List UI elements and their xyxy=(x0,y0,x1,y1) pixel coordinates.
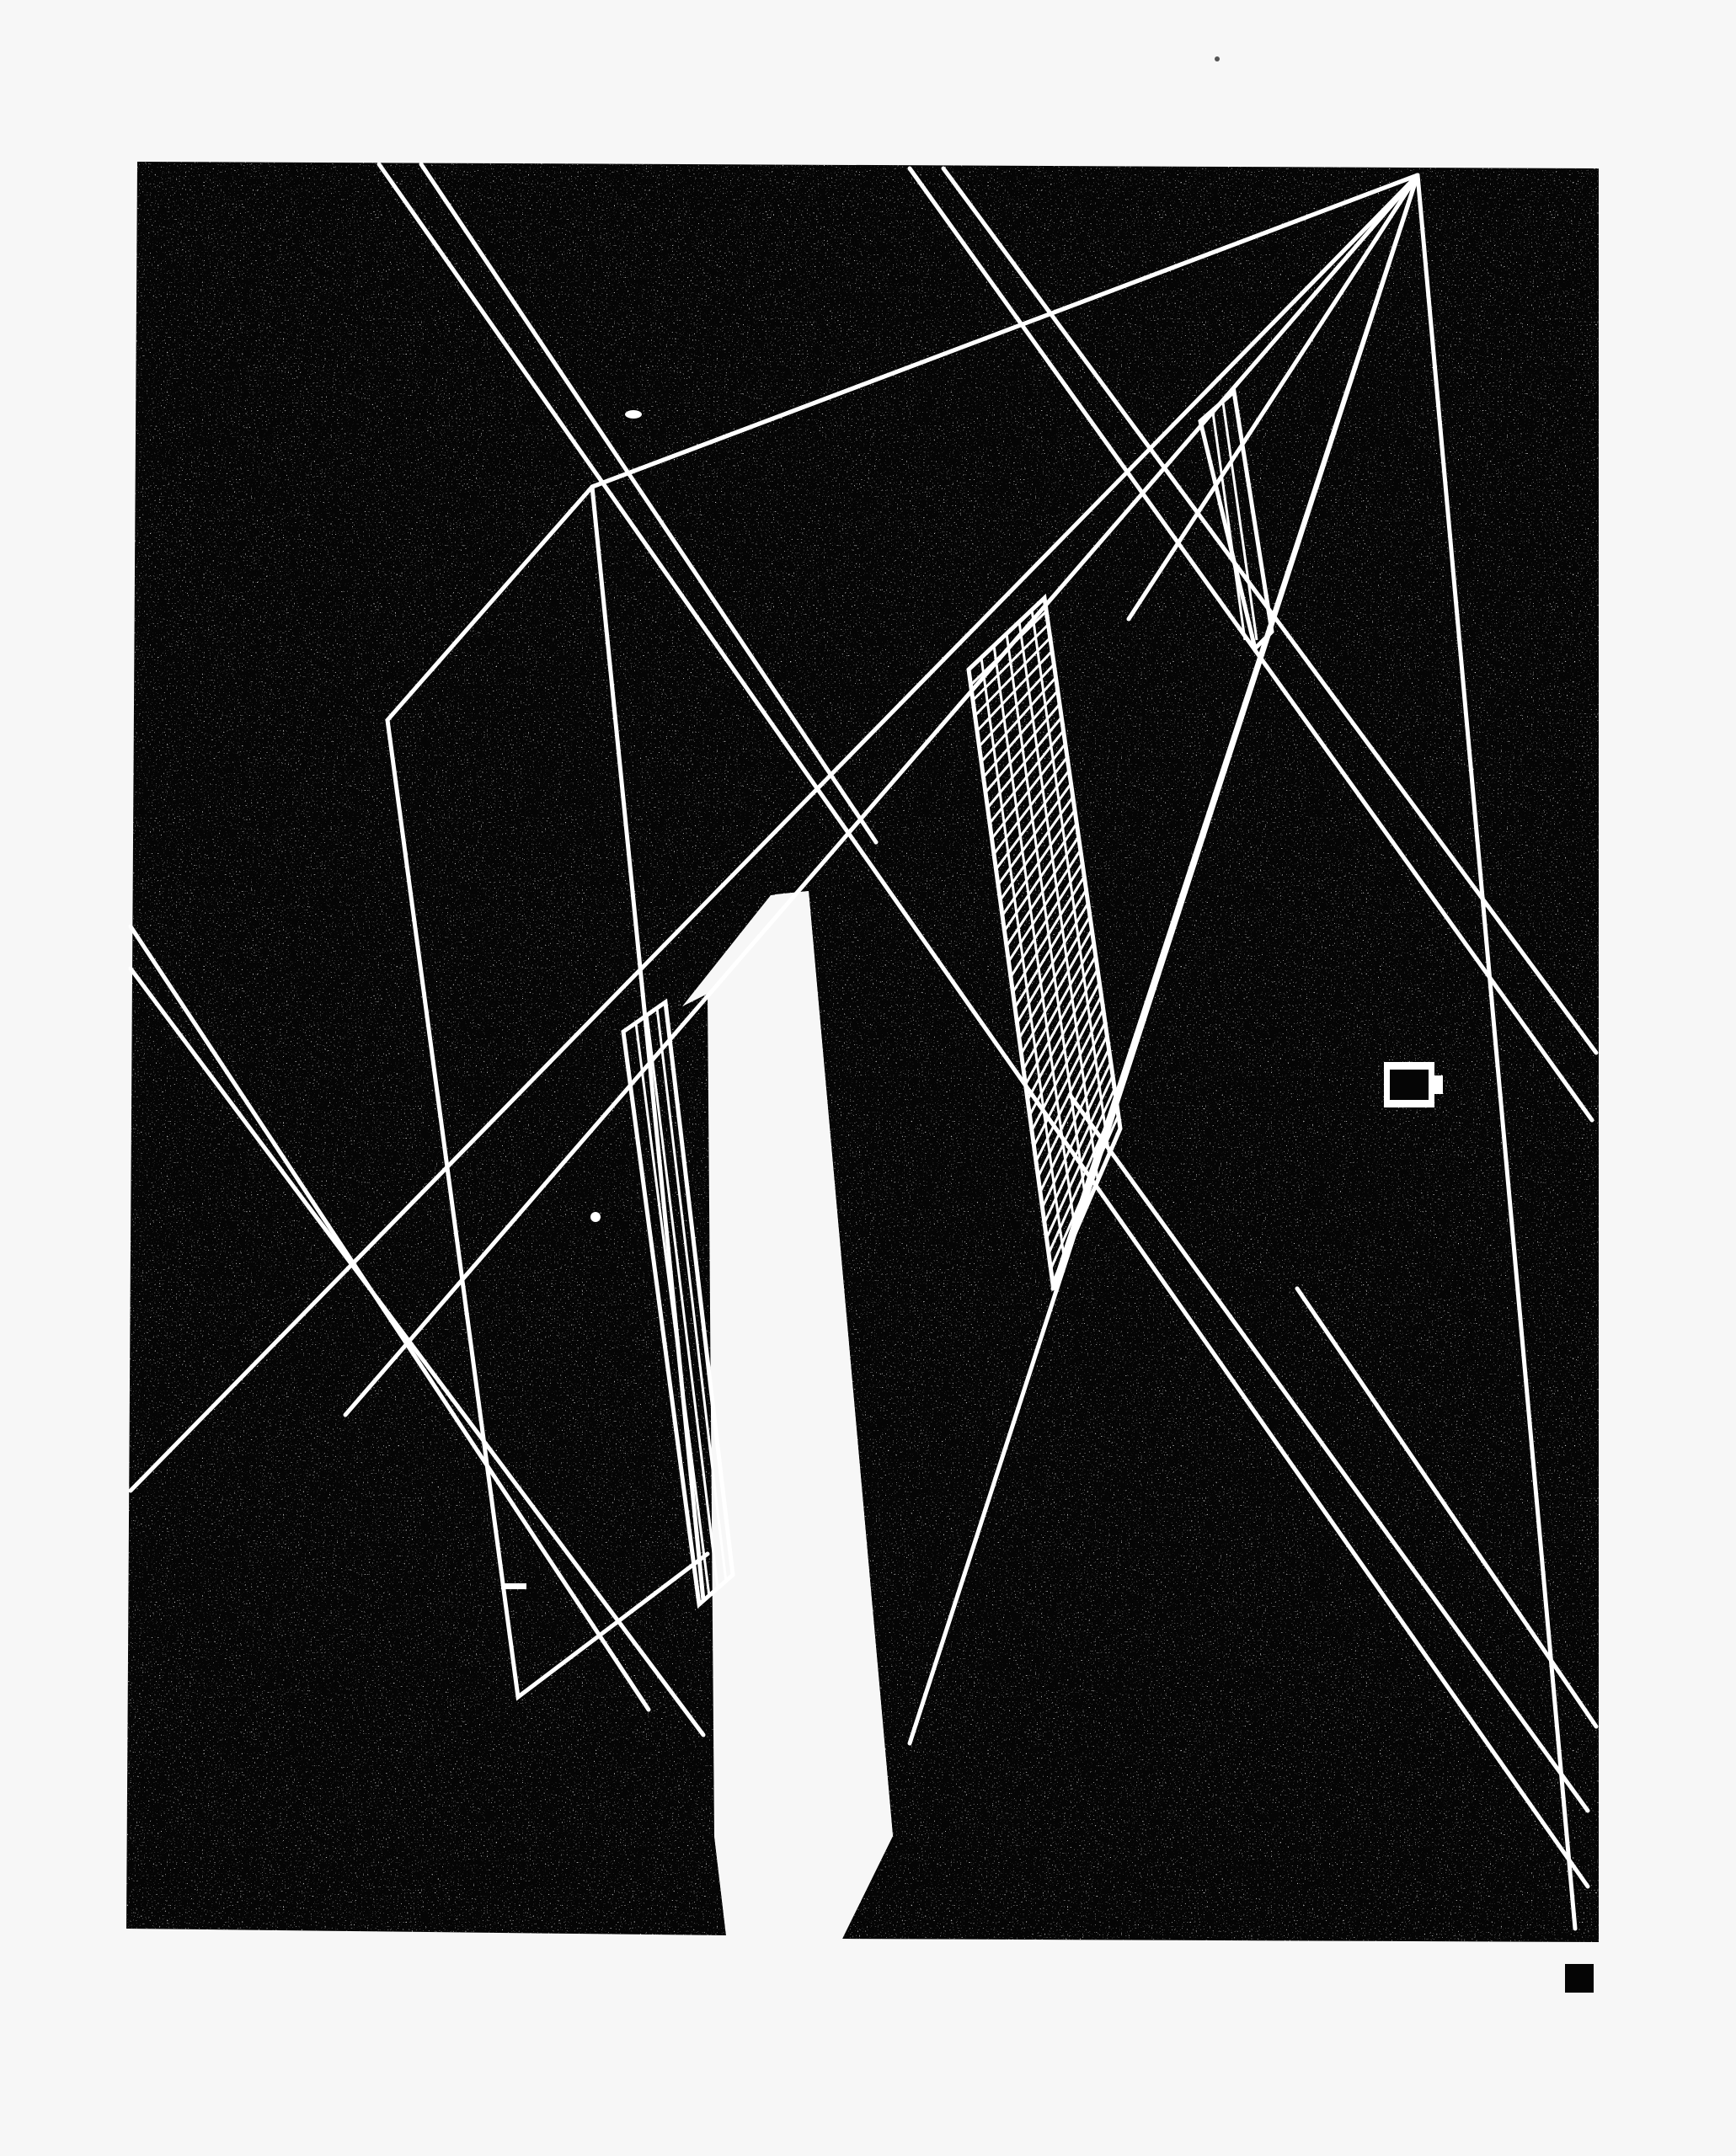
bottom-right-tab xyxy=(1565,1964,1594,1993)
artwork-canvas xyxy=(0,0,1736,2156)
rectangular-plaque xyxy=(1384,1062,1443,1107)
white-fleck xyxy=(590,1212,601,1222)
white-fleck xyxy=(625,410,642,419)
white-dash xyxy=(501,1583,526,1589)
paper-dot xyxy=(1215,56,1220,61)
